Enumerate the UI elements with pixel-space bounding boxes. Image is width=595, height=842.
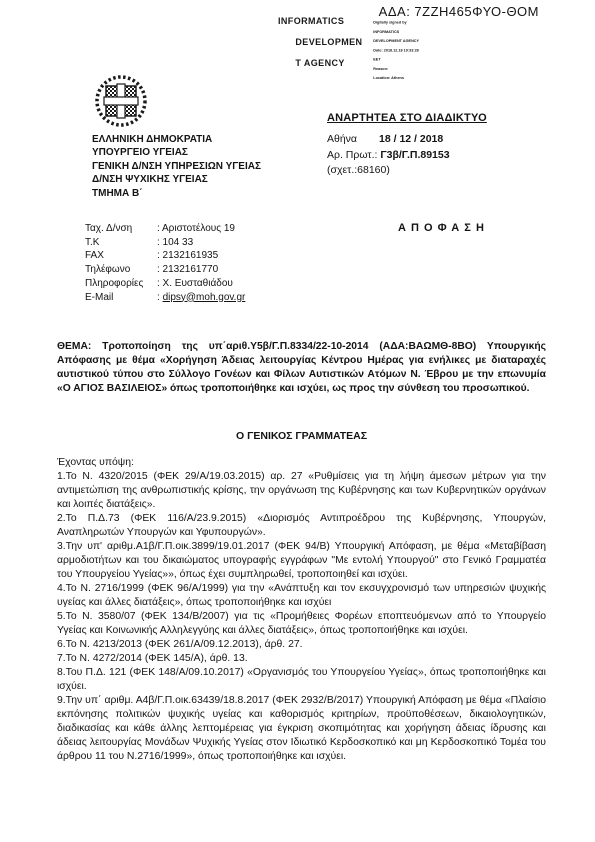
signature-detail-line: Reason: (374, 67, 389, 71)
signature-agency-name: INFORMATICS DEVELOPMEN T AGENCY (278, 16, 362, 69)
contact-label: E-Mail (85, 291, 157, 305)
contact-row-email: E-Mail : dipsy@moh.gov.gr (85, 291, 245, 305)
consideration-item: 5.Το Ν. 3580/07 (ΦΕΚ 134/Β/2007) για τις… (57, 610, 546, 638)
contact-row-fax: FAX : 2132161935 (85, 249, 245, 263)
protocol-number: Γ3β/Γ.Π.89153 (380, 149, 449, 161)
contact-row-address: Ταχ. Δ/νση : Αριστοτέλους 19 (85, 222, 245, 236)
email-link[interactable]: dipsy@moh.gov.gr (163, 291, 246, 305)
consideration-item: 2.Το Π.Δ.73 (ΦΕΚ 116/Α/23.9.2015) «Διορι… (57, 512, 546, 540)
contact-label: Πληροφορίες (85, 277, 157, 291)
contact-label: Ταχ. Δ/νση (85, 222, 157, 236)
agency-line: T AGENCY (295, 58, 344, 68)
protocol-block: ΑΝΑΡΤΗΤΕΑ ΣΤΟ ΔΙΑΔΙΚΤΥΟ Αθήνα18 / 12 / 2… (327, 112, 487, 178)
authority-line-directorate: Δ/ΝΣΗ ΨΥΧΙΚΗΣ ΥΓΕΙΑΣ (92, 173, 261, 186)
protocol-row: Αρ. Πρωτ.: Γ3β/Γ.Π.89153 (327, 149, 487, 163)
contact-row-phone: Τηλέφωνο : 2132161770 (85, 263, 245, 277)
consideration-item: 9.Την υπ΄ αριθμ. Α4β/Γ.Π.οικ.63439/18.8.… (57, 694, 546, 764)
contact-label: FAX (85, 249, 157, 263)
consideration-item: 4.Το Ν. 2716/1999 (ΦΕΚ 96/Α/1999) για τη… (57, 582, 546, 610)
subject-paragraph: ΘΕΜΑ: Τροποποίηση της υπ΄αριθ.Υ5β/Γ.Π.83… (57, 340, 546, 396)
agency-line: INFORMATICS (278, 16, 344, 26)
considerations-block: Έχοντας υπόψη: 1.Το Ν. 4320/2015 (ΦΕΚ 29… (57, 456, 546, 764)
contact-label: Τηλέφωνο (85, 263, 157, 277)
signature-details: Digitally signed by INFORMATICS DEVELOPM… (367, 16, 466, 86)
consideration-item: 1.Το Ν. 4320/2015 (ΦΕΚ 29/Α/19.03.2015) … (57, 470, 546, 512)
contact-value: : Αριστοτέλους 19 (157, 222, 235, 236)
consideration-item: 6.Το Ν. 4213/2013 (ΦΕΚ 261/Α/09.12.2013)… (57, 638, 546, 652)
authority-line-republic: ΕΛΛΗΝΙΚΗ ΔΗΜΟΚΡΑΤΙΑ (92, 133, 261, 146)
signature-detail-line: DEVELOPMENT AGENCY (374, 39, 420, 43)
document-page: ΑΔΑ: 7ZZH465ΦΥΟ-ΘΟΜ INFORMATICS DEVELOPM… (0, 0, 595, 842)
authority-line-department: ΤΜΗΜΑ Β΄ (92, 187, 261, 200)
signature-detail-line: Digitally signed by (374, 21, 407, 25)
city-date-row: Αθήνα18 / 12 / 2018 (327, 133, 487, 147)
signature-detail-line: Date: 2018.12.18 19:33:28 (374, 48, 419, 52)
decision-heading: Α Π Ο Φ Α Σ Η (398, 222, 485, 234)
signature-detail-line: INFORMATICS (374, 30, 400, 34)
city-label: Αθήνα (327, 133, 357, 145)
contact-row-information: Πληροφορίες : Χ. Ευσταθιάδου (85, 277, 245, 291)
contact-value: : Χ. Ευσταθιάδου (157, 277, 233, 291)
internet-posting-label: ΑΝΑΡΤΗΤΕΑ ΣΤΟ ΔΙΑΔΙΚΤΥΟ (327, 112, 487, 124)
protocol-label: Αρ. Πρωτ.: (327, 149, 380, 161)
contact-info-block: Ταχ. Δ/νση : Αριστοτέλους 19 Τ.Κ : 104 3… (85, 222, 245, 304)
contact-value: : 2132161935 (157, 249, 218, 263)
signature-detail-line: EET (374, 58, 381, 62)
consideration-item: 3.Την υπ' αριθμ.Α1β/Γ.Π.οικ.3899/19.01.2… (57, 540, 546, 582)
consideration-item: 8.Του Π.Δ. 121 (ΦΕΚ 148/Α/09.10.2017) «Ο… (57, 666, 546, 694)
greek-emblem-icon (94, 74, 148, 128)
document-date: 18 / 12 / 2018 (379, 133, 443, 145)
related-protocol: (σχετ.:68160) (327, 164, 487, 178)
agency-line: DEVELOPMEN (295, 37, 362, 47)
contact-value: : 104 33 (157, 236, 193, 250)
signature-detail-line: Location: Athens (374, 76, 405, 80)
preamble: Έχοντας υπόψη: (57, 456, 546, 470)
signatory-heading: Ο ΓΕΝΙΚΟΣ ΓΡΑΜΜΑΤΕΑΣ (57, 430, 546, 442)
contact-label: Τ.Κ (85, 236, 157, 250)
authority-line-ministry: ΥΠΟΥΡΓΕΙΟ ΥΓΕΙΑΣ (92, 146, 261, 159)
consideration-item: 7.Το Ν. 4272/2014 (ΦΕΚ 145/Α), άρθ. 13. (57, 652, 546, 666)
issuing-authority-block: ΕΛΛΗΝΙΚΗ ΔΗΜΟΚΡΑΤΙΑ ΥΠΟΥΡΓΕΙΟ ΥΓΕΙΑΣ ΓΕΝ… (92, 133, 261, 200)
authority-line-general-directorate: ΓΕΝΙΚΗ Δ/ΝΣΗ ΥΠΗΡΕΣΙΩΝ ΥΓΕΙΑΣ (92, 160, 261, 173)
contact-value: : 2132161770 (157, 263, 218, 277)
contact-row-postal-code: Τ.Κ : 104 33 (85, 236, 245, 250)
